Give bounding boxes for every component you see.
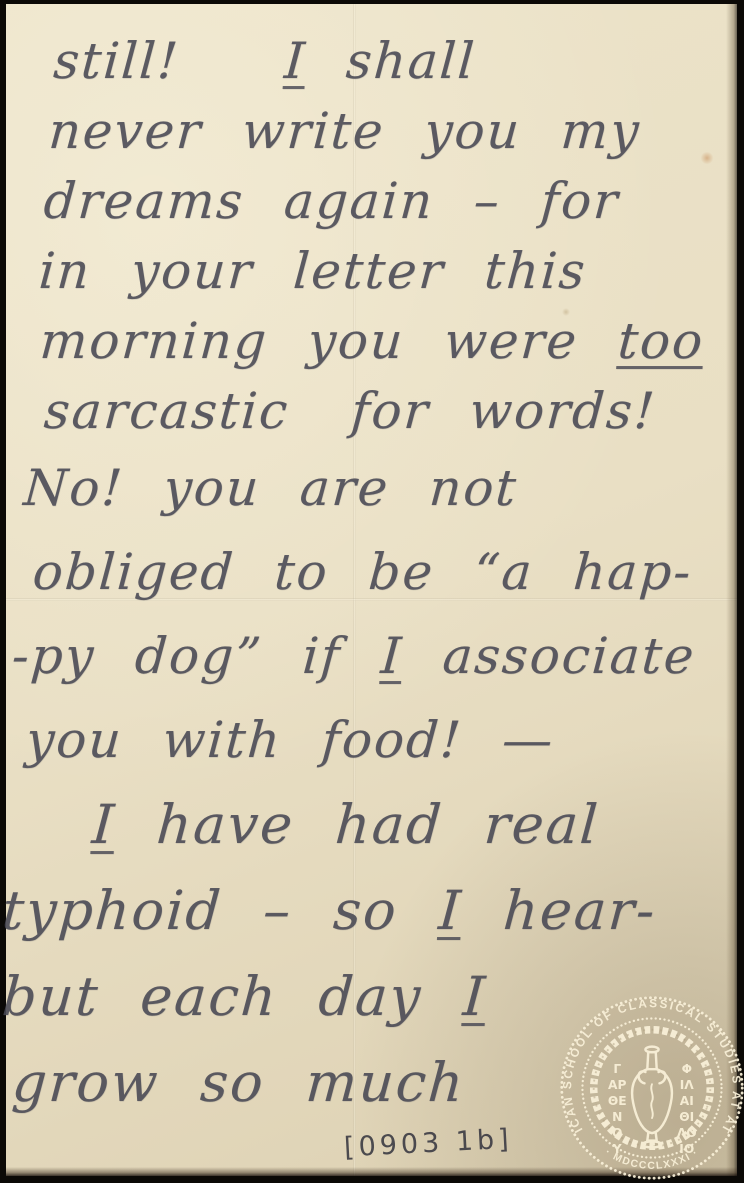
letter-line: but each day I: [0, 956, 672, 1042]
letter-text: have had real: [113, 793, 601, 856]
letter-text: No! you are not: [22, 459, 520, 517]
letter-text: for words!: [349, 382, 658, 440]
letter-line: never write you my: [46, 98, 732, 168]
letter-text: but each day: [0, 965, 465, 1028]
svg-text:ΑΙ: ΑΙ: [680, 1094, 694, 1108]
letter-text: obliged to be “a hap-: [31, 543, 694, 601]
letter-line: you with food! —: [23, 700, 690, 784]
letter-text: still!: [52, 32, 182, 90]
letter-text: morning you were: [38, 312, 620, 370]
letter-text: grow so much: [10, 1051, 467, 1114]
letter-text: hear-: [460, 879, 659, 942]
letter-text: never write you my: [47, 102, 643, 160]
svg-text:Φ: Φ: [682, 1062, 692, 1076]
letter-text: -py dog” if: [10, 627, 383, 685]
letter-line: sarcasticfor words!: [42, 378, 713, 448]
svg-text:ΘΙ: ΘΙ: [679, 1110, 694, 1124]
letter-line: I have had real: [89, 784, 684, 870]
letter-line: obliged to be “a hap-: [30, 532, 702, 616]
letter-line: -py dog” if I associate: [9, 616, 696, 700]
svg-text:ΙΛ: ΙΛ: [680, 1078, 695, 1092]
letter-text: shall: [304, 32, 478, 90]
letter-line: No! you are not: [21, 448, 708, 532]
svg-text:Υ: Υ: [612, 1142, 622, 1156]
letter-paper: still!I shallnever write you mydreams ag…: [6, 4, 737, 1176]
letter-text: sarcastic: [42, 382, 291, 440]
underlined-word: too: [616, 312, 706, 370]
archival-number: [0903 1b]: [343, 1124, 513, 1164]
svg-text:ΛΟ: ΛΟ: [677, 1126, 697, 1140]
scanned-letter-page: still!I shallnever write you mydreams ag…: [0, 0, 744, 1183]
underlined-word: I: [461, 965, 489, 1028]
letter-line: still!I shall: [51, 28, 737, 98]
letter-line: grow so much: [9, 1042, 666, 1128]
svg-text:ΙΟ: ΙΟ: [679, 1142, 694, 1156]
letter-line: typhoid – so I hear-: [0, 870, 678, 956]
letter-line: morning you were too: [38, 308, 718, 378]
letter-text: typhoid – so: [0, 879, 441, 942]
letter-text: dreams again – for: [42, 172, 621, 230]
letter-text: you with food! —: [24, 711, 556, 769]
letter-lines: still!I shallnever write you mydreams ag…: [0, 28, 737, 1128]
letter-text: in your letter this: [37, 242, 589, 300]
letter-line: in your letter this: [36, 238, 722, 308]
letter-text: associate: [401, 627, 698, 685]
letter-line: dreams again – for: [41, 168, 727, 238]
